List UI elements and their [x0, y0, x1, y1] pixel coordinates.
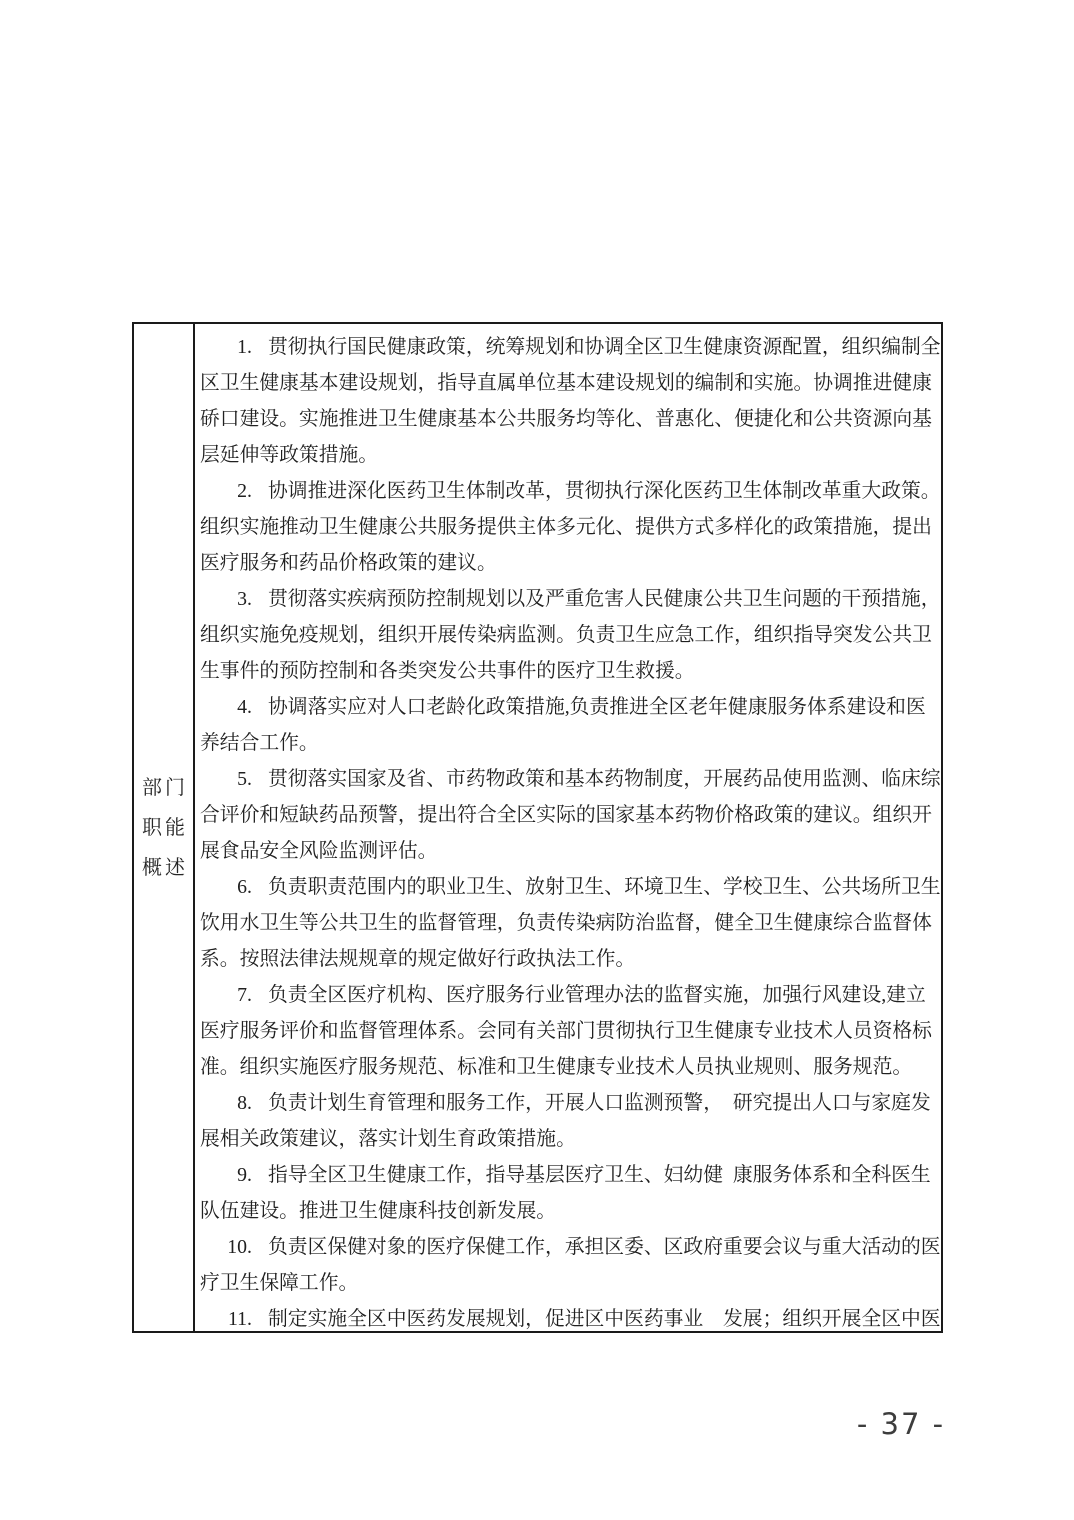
function-item: 6.负责职责范围内的职业卫生、放射卫生、环境卫生、学校卫生、公共场所卫生、饮用水…: [200, 869, 941, 977]
item-line: 合评价和短缺药品预警，提出符合全区实际的国家基本药物价格政策的建议。组织开: [200, 797, 941, 833]
function-item: 7.负责全区医疗机构、医疗服务行业管理办法的监督实施，加强行风建设,建立医疗服务…: [200, 977, 941, 1085]
function-item: 2.协调推进深化医药卫生体制改革，贯彻执行深化医药卫生体制改革重大政策。组织实施…: [200, 473, 941, 581]
item-text: 负责职责范围内的职业卫生、放射卫生、环境卫生、学校卫生、公共场所卫生、: [268, 876, 941, 898]
function-item: 4.协调落实应对人口老龄化政策措施,负责推进全区老年健康服务体系建设和医养结合工…: [200, 689, 941, 761]
function-list: 1.贯彻执行国民健康政策，统筹规划和协调全区卫生健康资源配置，组织编制全区卫生健…: [195, 324, 941, 1331]
item-first-line: 11.制定实施全区中医药发展规划，促进区中医药事业 发展；组织开展全区中医: [200, 1301, 941, 1331]
item-number: 11.: [222, 1301, 252, 1331]
item-line: 饮用水卫生等公共卫生的监督管理，负责传染病防治监督，健全卫生健康综合监督体: [200, 905, 941, 941]
function-item: 3.贯彻落实疾病预防控制规划以及严重危害人民健康公共卫生问题的干预措施，组织实施…: [200, 581, 941, 689]
item-text: 贯彻落实疾病预防控制规划以及严重危害人民健康公共卫生问题的干预措施，: [268, 588, 941, 610]
row-header-label: 部门: [139, 768, 188, 808]
item-line: 生事件的预防控制和各类突发公共事件的医疗卫生救援。: [200, 653, 941, 689]
item-first-line: 6.负责职责范围内的职业卫生、放射卫生、环境卫生、学校卫生、公共场所卫生、: [200, 869, 941, 905]
item-number: 9.: [222, 1157, 252, 1193]
row-header-label: 职能: [139, 808, 188, 848]
item-text: 负责全区医疗机构、医疗服务行业管理办法的监督实施，加强行风建设,建立: [268, 984, 926, 1006]
item-number: 8.: [222, 1085, 252, 1121]
function-item: 10.负责区保健对象的医疗保健工作，承担区委、区政府重要会议与重大活动的医疗卫生…: [200, 1229, 941, 1301]
item-first-line: 7.负责全区医疗机构、医疗服务行业管理办法的监督实施，加强行风建设,建立: [200, 977, 941, 1013]
function-item: 5.贯彻落实国家及省、市药物政策和基本药物制度，开展药品使用监测、临床综合评价和…: [200, 761, 941, 869]
item-first-line: 3.贯彻落实疾病预防控制规划以及严重危害人民健康公共卫生问题的干预措施，: [200, 581, 941, 617]
item-number: 7.: [222, 977, 252, 1013]
item-line: 区卫生健康基本建设规划，指导直属单位基本建设规划的编制和实施。协调推进健康: [200, 365, 941, 401]
item-number: 10.: [222, 1229, 252, 1265]
function-item: 11.制定实施全区中医药发展规划，促进区中医药事业 发展；组织开展全区中医: [200, 1301, 941, 1331]
function-item: 1.贯彻执行国民健康政策，统筹规划和协调全区卫生健康资源配置，组织编制全区卫生健…: [200, 329, 941, 473]
item-text: 制定实施全区中医药发展规划，促进区中医药事业 发展；组织开展全区中医: [268, 1308, 941, 1330]
item-line: 展相关政策建议，落实计划生育政策措施。: [200, 1121, 941, 1157]
item-line: 医疗服务和药品价格政策的建议。: [200, 545, 941, 581]
item-line: 展食品安全风险监测评估。: [200, 833, 941, 869]
item-text: 贯彻落实国家及省、市药物政策和基本药物制度，开展药品使用监测、临床综: [268, 768, 941, 790]
item-text: 指导全区卫生健康工作，指导基层医疗卫生、妇幼健 康服务体系和全科医生: [268, 1164, 931, 1186]
item-line: 养结合工作。: [200, 725, 941, 761]
item-first-line: 1.贯彻执行国民健康政策，统筹规划和协调全区卫生健康资源配置，组织编制全: [200, 329, 941, 365]
item-line: 硚口建设。实施推进卫生健康基本公共服务均等化、普惠化、便捷化和公共资源向基: [200, 401, 941, 437]
item-first-line: 5.贯彻落实国家及省、市药物政策和基本药物制度，开展药品使用监测、临床综: [200, 761, 941, 797]
item-line: 组织实施推动卫生健康公共服务提供主体多元化、提供方式多样化的政策措施，提出: [200, 509, 941, 545]
page-number: - 37 -: [845, 1406, 957, 1442]
row-header-cell: 部门 职能 概述: [134, 324, 195, 1331]
item-number: 3.: [222, 581, 252, 617]
item-text: 负责计划生育管理和服务工作，开展人口监测预警， 研究提出人口与家庭发: [268, 1092, 931, 1114]
functions-table: 部门 职能 概述 1.贯彻执行国民健康政策，统筹规划和协调全区卫生健康资源配置，…: [132, 322, 943, 1333]
item-text: 协调落实应对人口老龄化政策措施,负责推进全区老年健康服务体系建设和医: [268, 696, 926, 718]
item-text: 协调推进深化医药卫生体制改革，贯彻执行深化医药卫生体制改革重大政策。: [268, 480, 941, 502]
item-first-line: 10.负责区保健对象的医疗保健工作，承担区委、区政府重要会议与重大活动的医: [200, 1229, 941, 1265]
item-first-line: 4.协调落实应对人口老龄化政策措施,负责推进全区老年健康服务体系建设和医: [200, 689, 941, 725]
item-number: 2.: [222, 473, 252, 509]
row-header-label: 概述: [139, 848, 188, 888]
item-first-line: 9.指导全区卫生健康工作，指导基层医疗卫生、妇幼健 康服务体系和全科医生: [200, 1157, 941, 1193]
function-item: 8.负责计划生育管理和服务工作，开展人口监测预警， 研究提出人口与家庭发展相关政…: [200, 1085, 941, 1157]
item-number: 5.: [222, 761, 252, 797]
item-line: 医疗服务评价和监督管理体系。会同有关部门贯彻执行卫生健康专业技术人员资格标: [200, 1013, 941, 1049]
item-line: 准。组织实施医疗服务规范、标准和卫生健康专业技术人员执业规则、服务规范。: [200, 1049, 941, 1085]
item-first-line: 2.协调推进深化医药卫生体制改革，贯彻执行深化医药卫生体制改革重大政策。: [200, 473, 941, 509]
item-number: 6.: [222, 869, 252, 905]
function-item: 9.指导全区卫生健康工作，指导基层医疗卫生、妇幼健 康服务体系和全科医生队伍建设…: [200, 1157, 941, 1229]
item-line: 系。按照法律法规规章的规定做好行政执法工作。: [200, 941, 941, 977]
item-number: 1.: [222, 329, 252, 365]
item-line: 组织实施免疫规划，组织开展传染病监测。负责卫生应急工作，组织指导突发公共卫: [200, 617, 941, 653]
item-number: 4.: [222, 689, 252, 725]
document-page: { "document": { "page_number": "- 37 -" …: [0, 0, 1074, 1520]
item-text: 贯彻执行国民健康政策，统筹规划和协调全区卫生健康资源配置，组织编制全: [268, 336, 941, 358]
item-line: 层延伸等政策措施。: [200, 437, 941, 473]
item-line: 疗卫生保障工作。: [200, 1265, 941, 1301]
item-text: 负责区保健对象的医疗保健工作，承担区委、区政府重要会议与重大活动的医: [268, 1236, 941, 1258]
item-line: 队伍建设。推进卫生健康科技创新发展。: [200, 1193, 941, 1229]
item-first-line: 8.负责计划生育管理和服务工作，开展人口监测预警， 研究提出人口与家庭发: [200, 1085, 941, 1121]
